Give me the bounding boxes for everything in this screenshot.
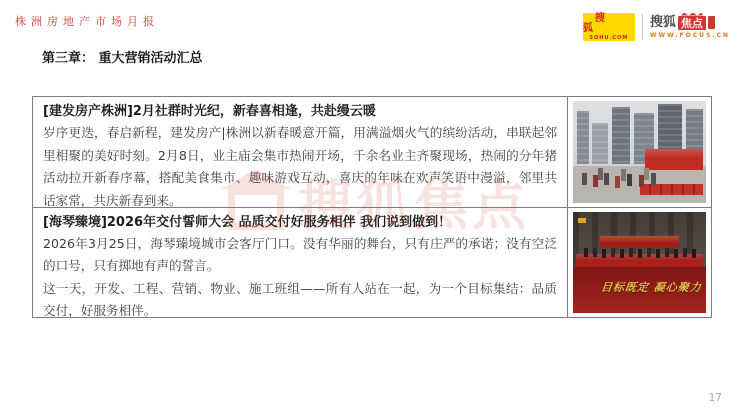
section-title: 第三章： 重大营销活动汇总 [42, 47, 203, 66]
photo-red-banner [576, 254, 704, 267]
photo-building [612, 107, 631, 164]
logo-band: 搜狐 SOHU.COM 搜狐 焦点 WWW.FOCUS.CN [583, 13, 730, 41]
sohu-logo-domain: SOHU.COM [589, 36, 628, 41]
photo-group-people [584, 248, 588, 257]
haiqin-text-cell: [海琴臻境]2026年交付誓师大会 品质交付好服务相伴 我们说到做到！ 2026… [33, 208, 567, 318]
jianfa-text-cell: [建发房产株洲]2月社群时光纪，新春喜相逢，共赴缦云暖 岁序更迭，春启新程，建发… [33, 97, 567, 207]
jianfa-activity-title: [建发房产株洲]2月社群时光纪，新春喜相逢，共赴缦云暖 [43, 101, 557, 122]
sohu-focus-logo-wordmark: 搜狐 焦点 [650, 16, 730, 30]
haiqin-activity-body-p2: 这一天，开发、工程、营销、物业、施工班组——所有人站在一起，为一个目标集结：品质… [43, 278, 557, 318]
haiqin-activity-title: [海琴臻境]2026年交付誓师大会 品质交付好服务相伴 我们说到做到！ [43, 212, 557, 233]
sohu-focus-domain: WWW.FOCUS.CN [650, 33, 730, 39]
haiqin-photo-cell: 目标既定 凝心聚力 [567, 208, 711, 318]
haiqin-pledge-photo: 目标既定 凝心聚力 [573, 212, 706, 314]
sohu-focus-logo: 搜狐 焦点 WWW.FOCUS.CN [650, 16, 730, 39]
logo-divider [642, 14, 643, 40]
table-row-haiqin: [海琴臻境]2026年交付誓师大会 品质交付好服务相伴 我们说到做到！ 2026… [33, 207, 711, 318]
jianfa-event-photo [573, 101, 706, 203]
report-page: 株洲房地产市场月报 搜狐 SOHU.COM 搜狐 焦点 WWW.FOCUS.CN… [0, 0, 740, 416]
jianfa-photo-cell [567, 97, 711, 207]
photo-stage-backdrop [600, 236, 680, 248]
photo-building [577, 111, 589, 164]
jianfa-activity-body: 岁序更迭，春启新程，建发房产|株洲以新春暖意开篇，用满溢烟火气的缤纷活动，串联起… [43, 122, 557, 207]
haiqin-activity-body-p1: 2026年3月25日，海琴臻境城市会客厅门口。没有华丽的舞台，只有庄严的承诺；没… [43, 233, 557, 278]
sohu-logo: 搜狐 SOHU.COM [583, 13, 635, 41]
photo-orange-mark [578, 218, 586, 223]
sohu-focus-badge-icon [708, 16, 715, 29]
report-title: 株洲房地产市场月报 [15, 13, 159, 29]
photo-red-booth [645, 149, 704, 170]
page-number: 17 [709, 392, 722, 404]
photo-crowd [582, 173, 587, 185]
photo-red-fence [640, 184, 704, 195]
sohu-logo-name: 搜狐 [583, 14, 635, 34]
sohu-focus-house-icon: 焦点 [678, 16, 706, 30]
photo-building [592, 123, 608, 164]
table-row-jianfa: [建发房产株洲]2月社群时光纪，新春喜相逢，共赴缦云暖 岁序更迭，春启新程，建发… [33, 97, 711, 207]
sohu-focus-logo-left: 搜狐 [650, 16, 676, 29]
photo-slogan-text: 目标既定 凝心聚力 [600, 279, 703, 295]
activity-table: [建发房产株洲]2月社群时光纪，新春喜相逢，共赴缦云暖 岁序更迭，春启新程，建发… [32, 96, 712, 318]
